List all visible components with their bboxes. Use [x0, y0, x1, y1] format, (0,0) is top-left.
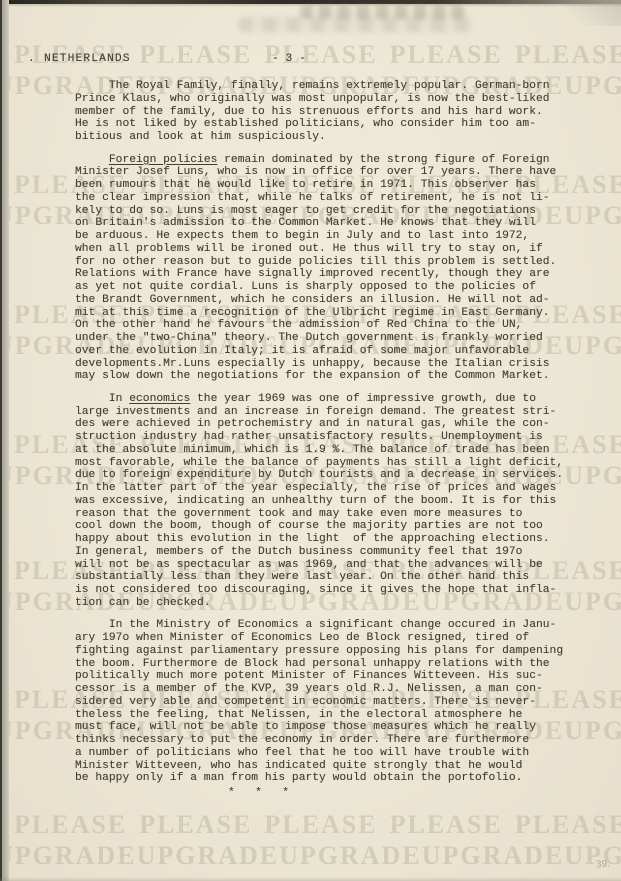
text-segment: In the latter part of the year especiall… [75, 482, 556, 494]
text-segment: was excessive, indicating an unhealthy t… [75, 495, 556, 507]
text-line: thinks necessary to put the economy in o… [75, 734, 580, 747]
text-line: under the "two-China" theory. The Dutch … [75, 332, 580, 345]
paragraph: In economics the year 1969 was one of im… [75, 393, 580, 610]
text-segment: Minister Josef Luns, who is now in offic… [75, 166, 556, 178]
text-segment: is not considered too discouraging, sinc… [75, 584, 556, 596]
underlined-text: Foreign policies [109, 154, 217, 166]
text-line: kely to do so. Luns is most eager to get… [75, 205, 580, 218]
text-line: fighting against parliamentary pressure … [75, 645, 580, 658]
text-segment: on Britain's admission to the Common Mar… [75, 217, 536, 229]
text-segment: over the evolution in Italy; it is afrai… [75, 345, 529, 357]
page-number-marker: - 3 - [272, 53, 306, 66]
text-line: as yet not quite cordial. Luns is sharpl… [75, 281, 580, 294]
text-line: when all problems will be ironed out. He… [75, 243, 580, 256]
text-segment: Minister Witteveen, who has indicated qu… [75, 760, 522, 772]
text-line: struction industry had rather unsatisfac… [75, 431, 580, 444]
text-segment: be happy only if a man from his party wo… [75, 772, 522, 784]
text-line: Prince Klaus, who originally was most un… [75, 93, 580, 106]
text-line: is not considered too discouraging, sinc… [75, 584, 580, 597]
text-segment: the clear impression that, while he talk… [75, 192, 550, 204]
underlined-text: economics [129, 393, 190, 405]
text-line: may slow down the negotiations for the e… [75, 370, 580, 383]
text-line: tion can be checked. [75, 597, 580, 610]
text-segment: under the "two-China" theory. The Dutch … [75, 332, 543, 344]
watermark-word: PLEASE [139, 810, 252, 840]
watermark-word: UPGRADE [279, 841, 422, 871]
text-line: cessor is a member of the KVP, 39 years … [75, 683, 580, 696]
text-line: be arduous. He expects them to begin in … [75, 230, 580, 243]
text-line: over the evolution in Italy; it is afrai… [75, 345, 580, 358]
text-line: must face, will not be able to impose th… [75, 721, 580, 734]
text-line: developments.Mr.Luns especially is unhap… [75, 358, 580, 371]
scan-bottom-edge [0, 877, 621, 881]
text-segment: substantially less than they were last y… [75, 571, 529, 583]
text-segment: the year 1969 was one of impressive grow… [190, 393, 536, 405]
text-segment: sidered very able and competent in econo… [75, 696, 536, 708]
text-segment: as yet not quite cordial. Luns is sharpl… [75, 281, 536, 293]
text-segment [75, 154, 109, 166]
paragraph: Foreign policies remain dominated by the… [75, 154, 580, 384]
watermark-row: UPGRADEUPGRADEUPGRADEUPGRADEUPGRADE [0, 841, 621, 871]
text-line: cool down the boom, though of course the… [75, 520, 580, 533]
watermark-word: PLEASE [14, 810, 127, 840]
text-line: mit at this time a recognition of the Ul… [75, 307, 580, 320]
text-line: Foreign policies remain dominated by the… [75, 154, 580, 167]
watermark-word: UPGRADE [422, 841, 565, 871]
text-line: been rumours that he would like to retir… [75, 179, 580, 192]
text-line: substantially less than they were last y… [75, 571, 580, 584]
text-line: Relations with France have signally impr… [75, 268, 580, 281]
scan-top-right-corner-shadow [551, 0, 621, 26]
text-segment: for no other reason but to guide policie… [75, 256, 556, 268]
text-line: be happy only if a man from his party wo… [75, 772, 580, 785]
text-segment: due to foreign expenditure by Dutch tour… [75, 469, 563, 481]
text-segment: fighting against parliamentary pressure … [75, 645, 563, 657]
text-segment: reason that the government took and may … [75, 508, 522, 520]
text-segment: most favorable, while the balance of pay… [75, 457, 563, 469]
text-segment: politically much more potent Minister of… [75, 670, 543, 682]
margin-dot: . [28, 53, 35, 66]
text-segment: In general, members of the Dutch busines… [75, 546, 522, 558]
text-segment: will not be as spectacular as was 1969, … [75, 559, 543, 571]
text-line: large investments and an increase in for… [75, 406, 580, 419]
text-segment: be arduous. He expects them to begin in … [75, 230, 529, 242]
text-line: the Brandt Government, which he consider… [75, 294, 580, 307]
text-segment: In the Ministry of Economics a significa… [75, 619, 556, 631]
text-segment: tion can be checked. [75, 597, 211, 609]
text-segment: Prince Klaus, who originally was most un… [75, 93, 550, 105]
document-paragraphs: The Royal Family, finally, remains extre… [75, 80, 580, 785]
text-line: ary 197o when Minister of Economics Leo … [75, 632, 580, 645]
ink-bleedthrough-smudge [238, 17, 473, 32]
text-segment: when all problems will be ironed out. He… [75, 243, 543, 255]
text-line: at the absolute minimum, which is 1.9 %.… [75, 444, 580, 457]
text-line: des were achieved in petrochemistry and … [75, 418, 580, 431]
text-line: sidered very able and competent in econo… [75, 696, 580, 709]
text-line: On the other hand he favours the admissi… [75, 319, 580, 332]
text-segment: the boom. Furthermore de Block had perso… [75, 658, 550, 670]
text-segment: He is not liked by established politicia… [75, 118, 536, 130]
text-segment: On the other hand he favours the admissi… [75, 319, 522, 331]
text-line: a number of politicians who feel that he… [75, 747, 580, 760]
text-line: member of the family, due to his strenuo… [75, 106, 580, 119]
text-segment: struction industry had rather unsatisfac… [75, 431, 543, 443]
text-segment: must face, will not be able to impose th… [75, 721, 536, 733]
text-segment: member of the family, due to his strenuo… [75, 106, 543, 118]
text-line: Minister Josef Luns, who is now in offic… [75, 166, 580, 179]
text-line: for no other reason but to guide policie… [75, 256, 580, 269]
text-line: In economics the year 1969 was one of im… [75, 393, 580, 406]
text-segment: developments.Mr.Luns especially is unhap… [75, 358, 550, 370]
paragraph: In the Ministry of Economics a significa… [75, 619, 580, 785]
watermark-word: PLEASE [390, 810, 503, 840]
text-segment: happy about this evolution in the light … [75, 533, 550, 545]
text-line: the boom. Furthermore de Block had perso… [75, 658, 580, 671]
text-line: bitious and look at him suspiciously. [75, 131, 580, 144]
text-segment: cool down the boom, though of course the… [75, 520, 543, 532]
text-line: will not be as spectacular as was 1969, … [75, 559, 580, 572]
text-segment: ary 197o when Minister of Economics Leo … [75, 632, 529, 644]
text-segment: theless the feeling, that Nelissen, in t… [75, 709, 522, 721]
text-segment: cessor is a member of the KVP, 39 years … [75, 683, 543, 695]
text-line: The Royal Family, finally, remains extre… [75, 80, 580, 93]
text-segment: remain dominated by the strong figure of… [217, 154, 549, 166]
text-segment: a number of politicians who feel that he… [75, 747, 529, 759]
text-line: In the latter part of the year especiall… [75, 482, 580, 495]
asterisk-separator: * * * [228, 787, 289, 800]
text-line: happy about this evolution in the light … [75, 533, 580, 546]
text-segment: been rumours that he would like to retir… [75, 179, 536, 191]
paragraph: The Royal Family, finally, remains extre… [75, 80, 580, 144]
text-segment: at the absolute minimum, which is 1.9 %.… [75, 444, 550, 456]
page-header: . NETHERLANDS - 3 - [0, 53, 621, 66]
text-segment: the Brandt Government, which he consider… [75, 294, 550, 306]
text-line: In the Ministry of Economics a significa… [75, 619, 580, 632]
text-segment: large investments and an increase in for… [75, 406, 556, 418]
text-line: due to foreign expenditure by Dutch tour… [75, 469, 580, 482]
watermark-row: PLEASEPLEASEPLEASEPLEASEPLEASE [14, 810, 621, 840]
pencil-page-number: 39. [596, 859, 611, 871]
text-segment: The Royal Family, finally, remains extre… [75, 80, 550, 92]
text-line: theless the feeling, that Nelissen, in t… [75, 709, 580, 722]
text-segment: may slow down the negotiations for the e… [75, 370, 550, 382]
watermark-word: PLEASE [515, 810, 621, 840]
text-line: reason that the government took and may … [75, 508, 580, 521]
text-line: on Britain's admission to the Common Mar… [75, 217, 580, 230]
text-segment: bitious and look at him suspiciously. [75, 131, 326, 143]
text-segment: des were achieved in petrochemistry and … [75, 418, 550, 430]
text-segment: kely to do so. Luns is most eager to get… [75, 205, 536, 217]
text-line: In general, members of the Dutch busines… [75, 546, 580, 559]
section-title: NETHERLANDS [44, 53, 131, 66]
text-segment: Relations with France have signally impr… [75, 268, 550, 280]
text-line: most favorable, while the balance of pay… [75, 457, 580, 470]
scan-left-edge-shadow [2, 0, 9, 881]
watermark-word: UPGRADE [137, 841, 280, 871]
scanned-document-page: PLEASEPLEASEPLEASEPLEASEPLEASEUPGRADEUPG… [0, 0, 621, 881]
text-line: was excessive, indicating an unhealthy t… [75, 495, 580, 508]
text-line: the clear impression that, while he talk… [75, 192, 580, 205]
watermark-word: PLEASE [264, 810, 377, 840]
text-segment: mit at this time a recognition of the Ul… [75, 307, 550, 319]
text-line: Minister Witteveen, who has indicated qu… [75, 760, 580, 773]
text-segment: In [75, 393, 129, 405]
text-line: politically much more potent Minister of… [75, 670, 580, 683]
watermark-word: UPGRADE [0, 841, 137, 871]
watermark-word: UPGRADE [564, 841, 621, 871]
text-line: He is not liked by established politicia… [75, 118, 580, 131]
text-segment: thinks necessary to put the economy in o… [75, 734, 529, 746]
